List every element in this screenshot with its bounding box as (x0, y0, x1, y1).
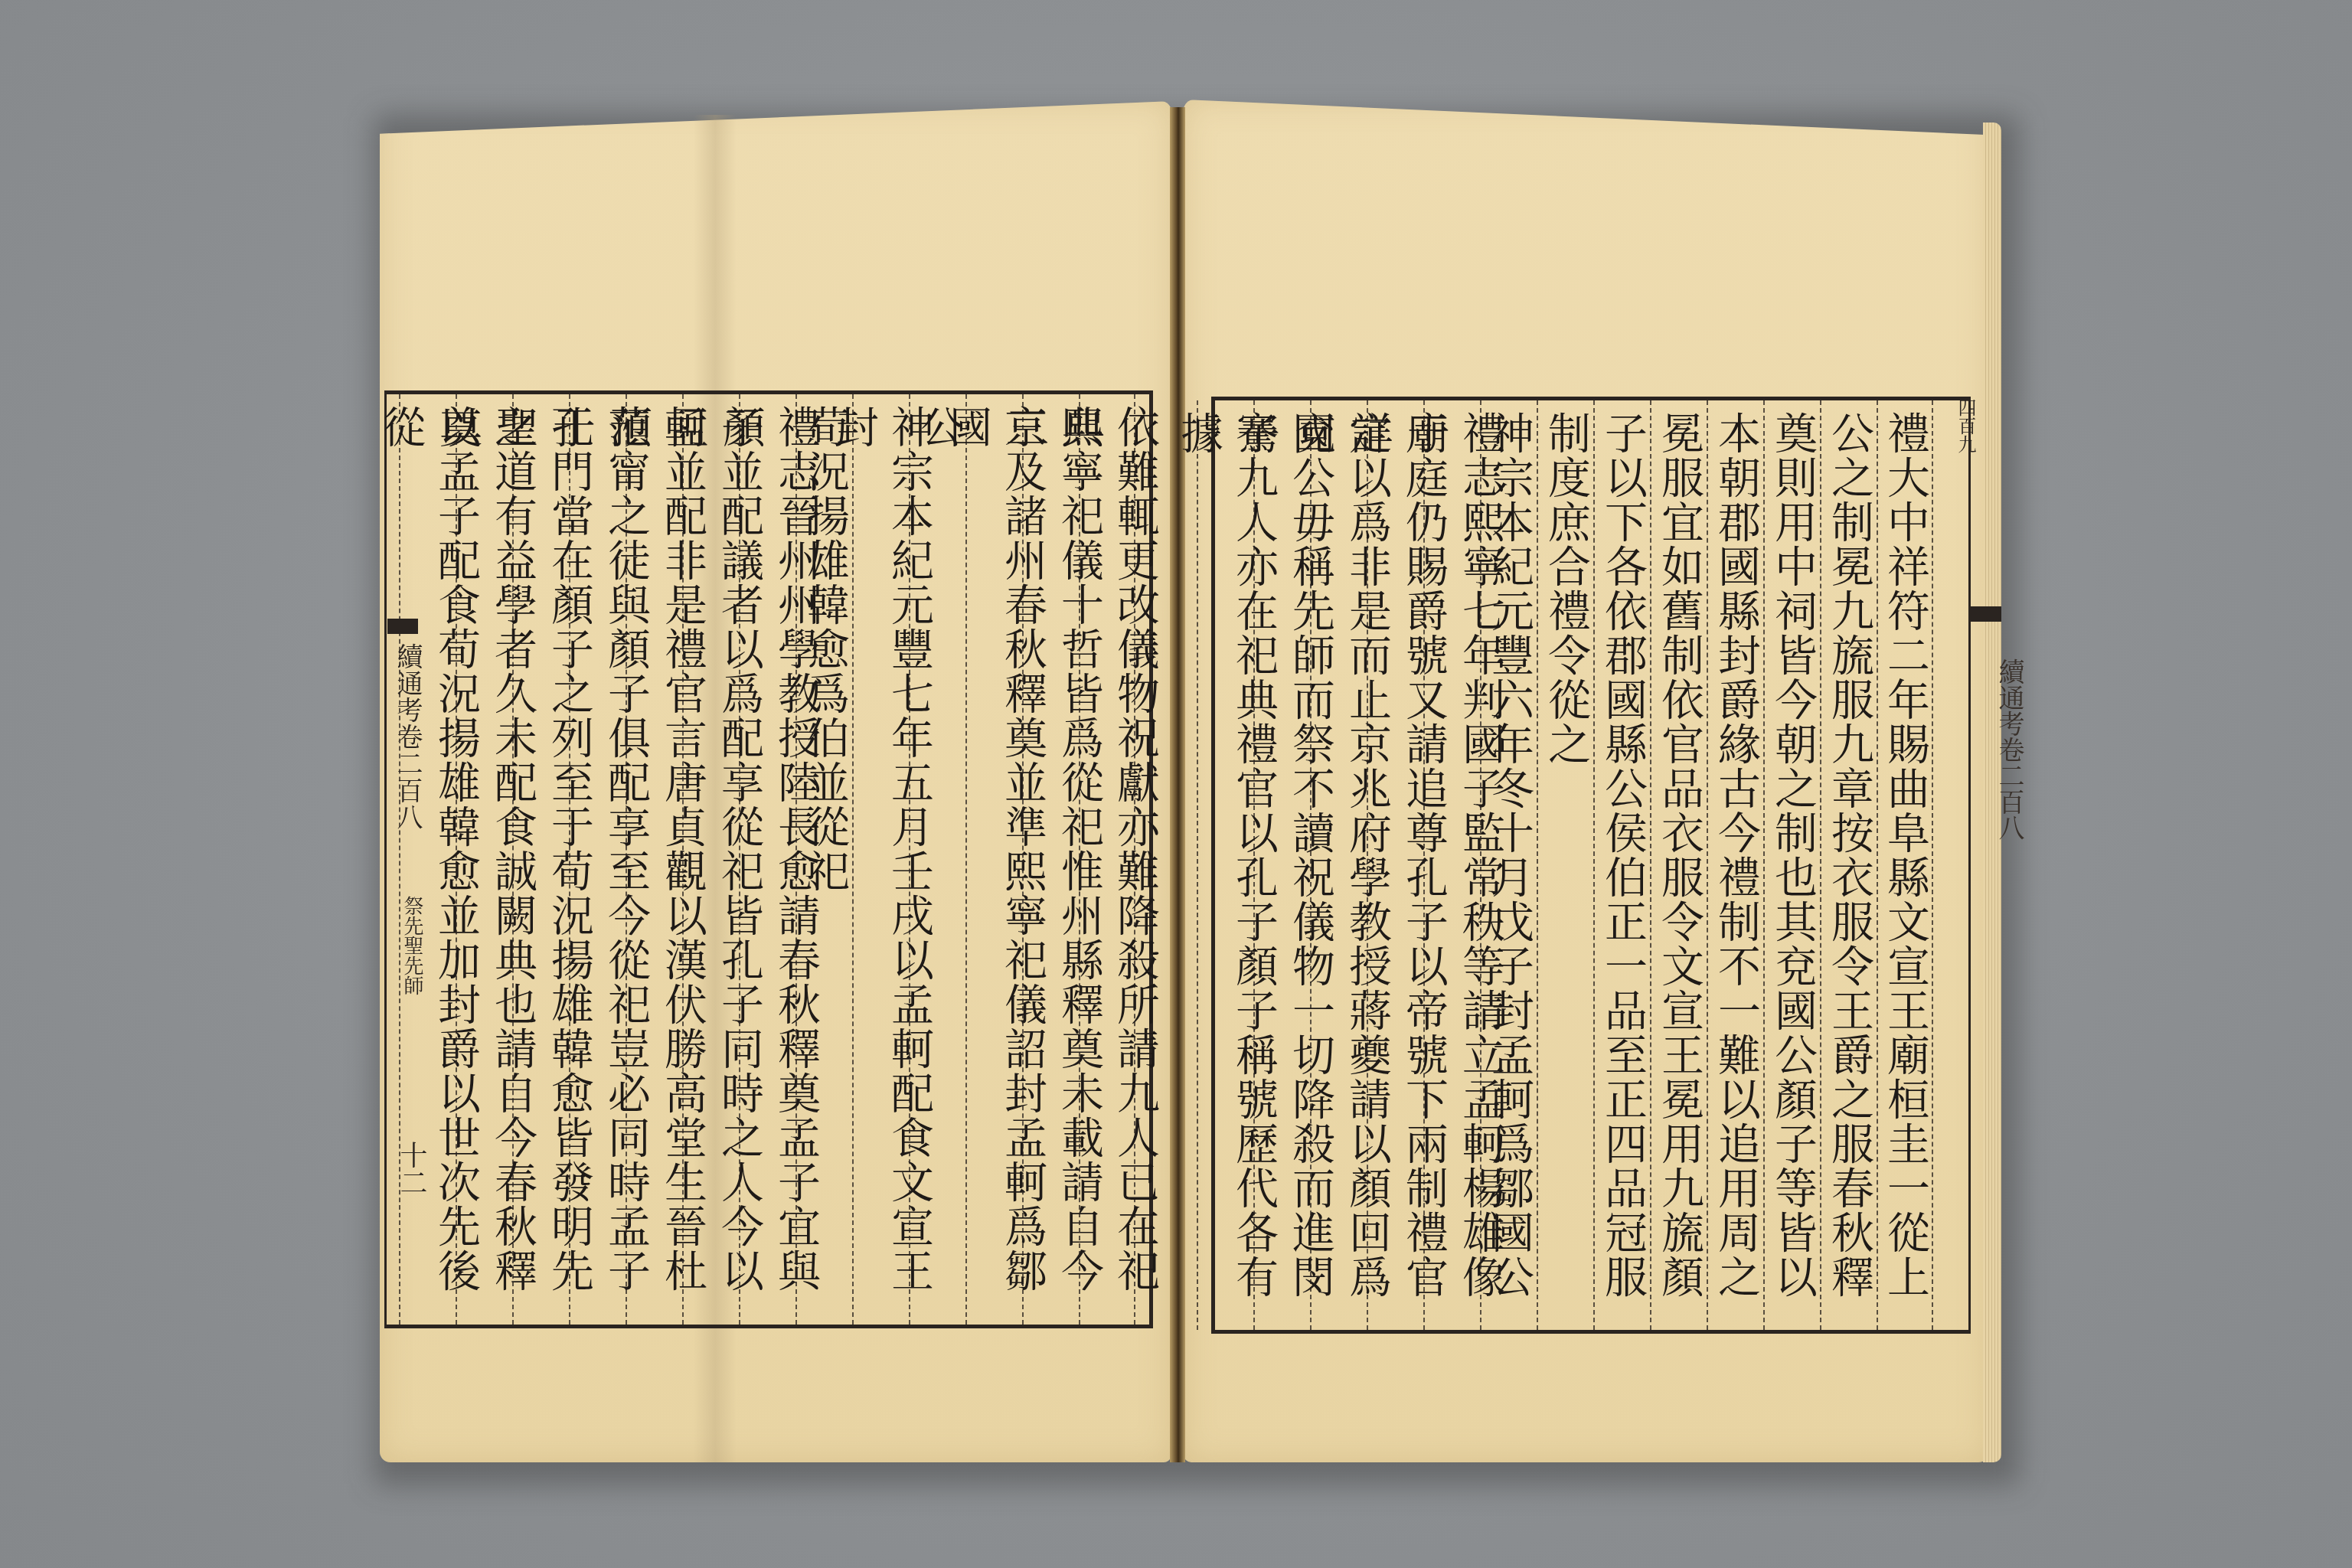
text-column: 禮大中祥符二年賜曲阜縣文宣王廟桓圭一從上 (1877, 400, 1933, 1330)
fish-tail-mark (387, 619, 418, 634)
left-margin-section: 祭先聖先師 (398, 896, 426, 995)
text-column: 本朝郡國縣封爵緣古今禮制不一難以追用周之 (1707, 400, 1763, 1330)
text-column: 冕服宜如舊制依官品衣服令文宣王冕用九旒顏 (1650, 400, 1707, 1330)
fish-tail-mark (1971, 606, 2001, 622)
text-column: 公之制冕九旒服九章按衣服令王爵之服春秋釋 (1820, 400, 1877, 1330)
text-column: 子以下各依郡國縣公侯伯正一品至正四品冠服 (1593, 400, 1650, 1330)
left-margin-title: 續通考卷二百八 (389, 643, 426, 831)
right-page-columns: 禮大中祥符二年賜曲阜縣文宣王廟桓圭一從上 公之制冕九旒服九章按衣服令王爵之服春秋… (1226, 400, 1933, 1330)
text-column: 神宗本紀元豐六年冬十月戊子封孟軻爲鄒國公 (1480, 400, 1537, 1330)
left-page-frame: 依難輒更改儀物祝獻亦難降殺所請九人已在祀典 熙寧祀儀十哲皆爲從祀惟州縣釋奠未載請… (384, 390, 1153, 1328)
text-column: 依難輒更改儀物祝獻亦難降殺所請九人已在祀典 (1079, 394, 1135, 1325)
right-margin-title: 續通考卷二百八 (1991, 658, 2028, 841)
text-column: 制度庶合禮令從之 (1537, 400, 1593, 1330)
text-column: 禮志晉州州學教授陸長愈請春秋釋奠孟子宜與顏 (739, 394, 795, 1325)
left-page-columns: 依難輒更改儀物祝獻亦難降殺所請九人已在祀典 熙寧祀儀十哲皆爲從祀惟州縣釋奠未載請… (417, 394, 1135, 1325)
right-folio-mark: 四百九 (1952, 398, 1979, 453)
right-page-frame: 禮大中祥符二年賜曲阜縣文宣王廟桓圭一從上 公之制冕九旒服九章按衣服令王爵之服春秋… (1211, 397, 1971, 1334)
text-column: 奠則用中祠皆今朝之制也其兗國公顏子等皆以 (1763, 400, 1820, 1330)
text-column: 禮志熙寧七年判國子監常秩等請立孟軻楊雄像于 (1423, 400, 1480, 1330)
text-column: 神宗本紀元豐七年五月壬戌以孟軻配食文宣王封 (852, 394, 909, 1325)
left-folio-number: 十二 (392, 1141, 431, 1196)
